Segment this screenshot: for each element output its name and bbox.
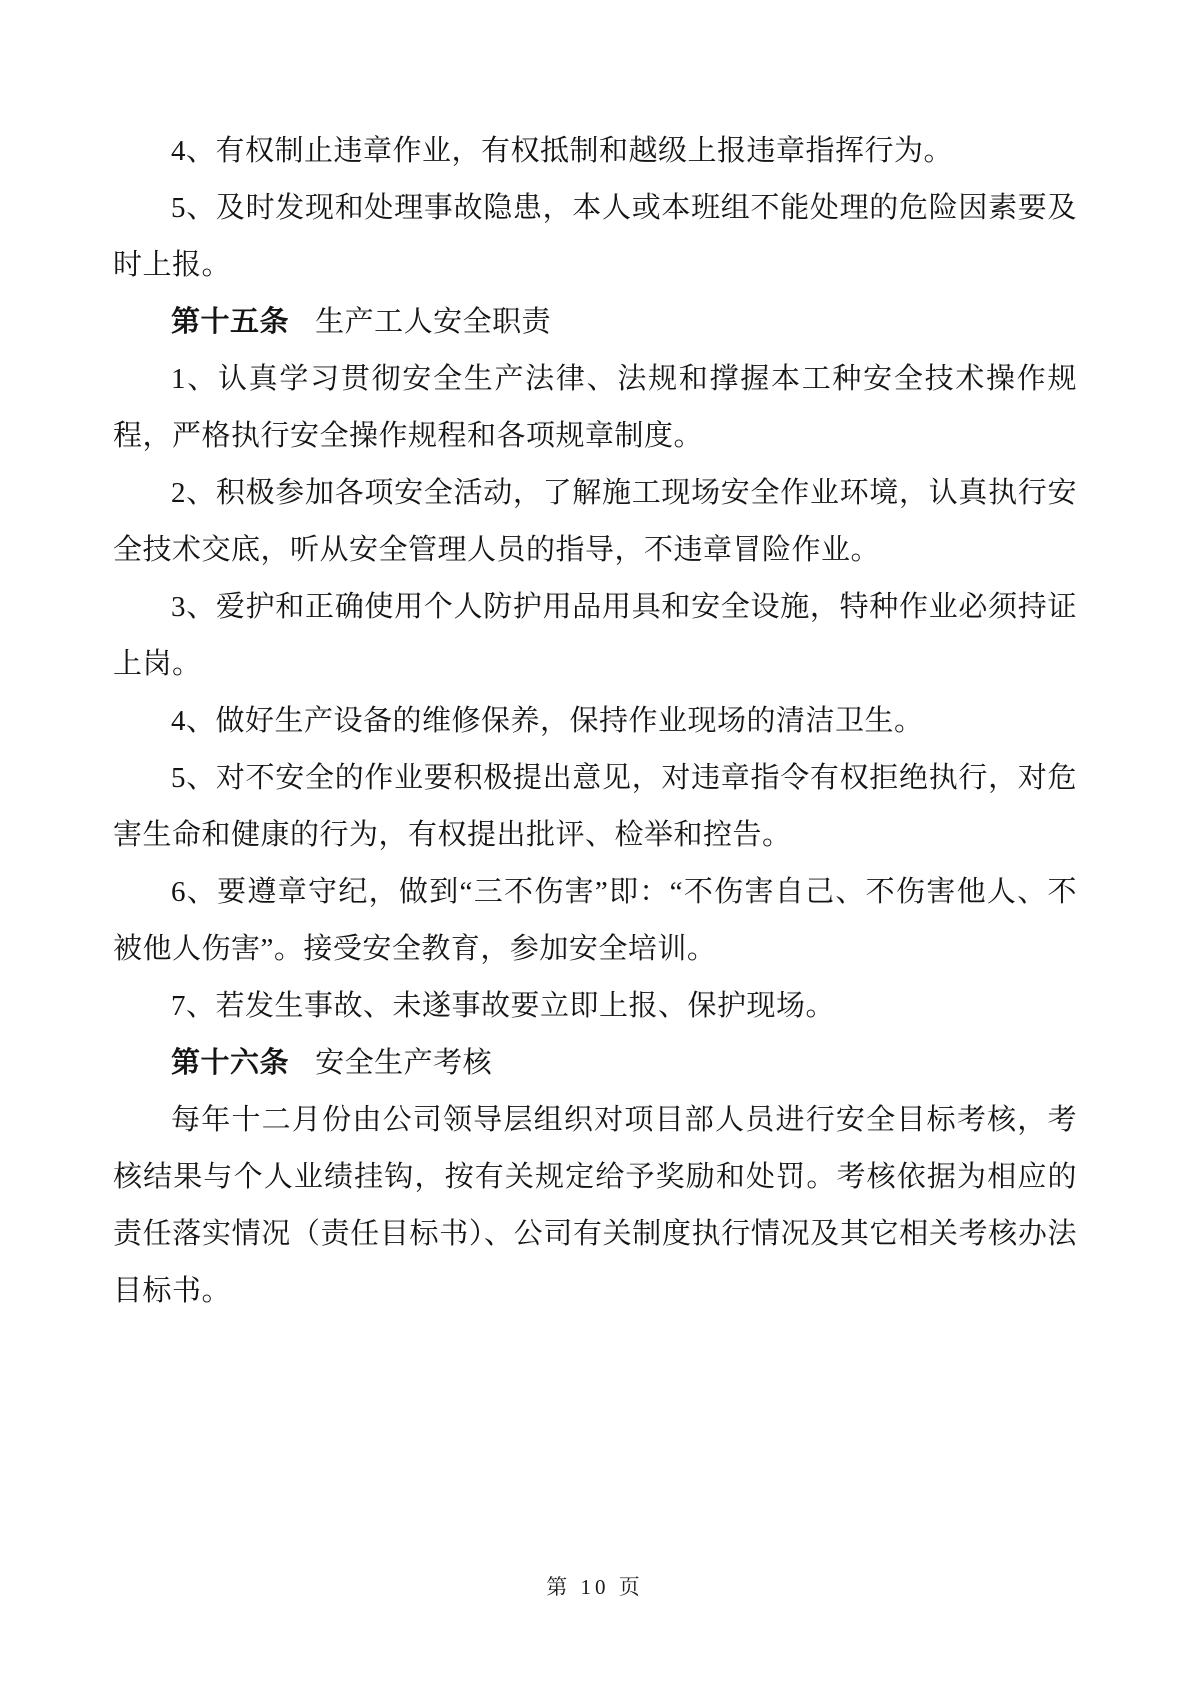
section-heading-article-16: 第十六条安全生产考核 <box>113 1035 1077 1092</box>
paragraph-assessment: 每年十二月份由公司领导层组织对项目部人员进行安全目标考核，考核结果与个人业绩挂钩… <box>113 1092 1077 1320</box>
paragraph-item-5: 5、及时发现和处理事故隐患，本人或本班组不能处理的危险因素要及时上报。 <box>113 180 1077 294</box>
document-body: 4、有权制止违章作业，有权抵制和越级上报违章指挥行为。 5、及时发现和处理事故隐… <box>113 123 1077 1320</box>
paragraph-duty-7: 7、若发生事故、未遂事故要立即上报、保护现场。 <box>113 978 1077 1035</box>
paragraph-duty-1: 1、认真学习贯彻安全生产法律、法规和撑握本工种安全技术操作规程，严格执行安全操作… <box>113 351 1077 465</box>
paragraph-duty-6: 6、要遵章守纪，做到“三不伤害”即：“不伤害自己、不伤害他人、不被他人伤害”。接… <box>113 864 1077 978</box>
section-number: 第十五条 <box>171 306 289 338</box>
section-heading-article-15: 第十五条生产工人安全职责 <box>113 294 1077 351</box>
paragraph-duty-4: 4、做好生产设备的维修保养，保持作业现场的清洁卫生。 <box>113 693 1077 750</box>
paragraph-duty-2: 2、积极参加各项安全活动，了解施工现场安全作业环境，认真执行安全技术交底，听从安… <box>113 465 1077 579</box>
page-number: 第 10 页 <box>546 1575 644 1599</box>
paragraph-item-4: 4、有权制止违章作业，有权抵制和越级上报违章指挥行为。 <box>113 123 1077 180</box>
page-footer: 第 10 页 <box>0 1572 1190 1602</box>
section-number: 第十六条 <box>171 1047 289 1079</box>
section-title: 生产工人安全职责 <box>315 306 551 338</box>
section-title: 安全生产考核 <box>315 1047 492 1079</box>
document-page: 4、有权制止违章作业，有权抵制和越级上报违章指挥行为。 5、及时发现和处理事故隐… <box>0 0 1190 1683</box>
paragraph-duty-3: 3、爱护和正确使用个人防护用品用具和安全设施，特种作业必须持证上岗。 <box>113 579 1077 693</box>
paragraph-duty-5: 5、对不安全的作业要积极提出意见，对违章指令有权拒绝执行，对危害生命和健康的行为… <box>113 750 1077 864</box>
